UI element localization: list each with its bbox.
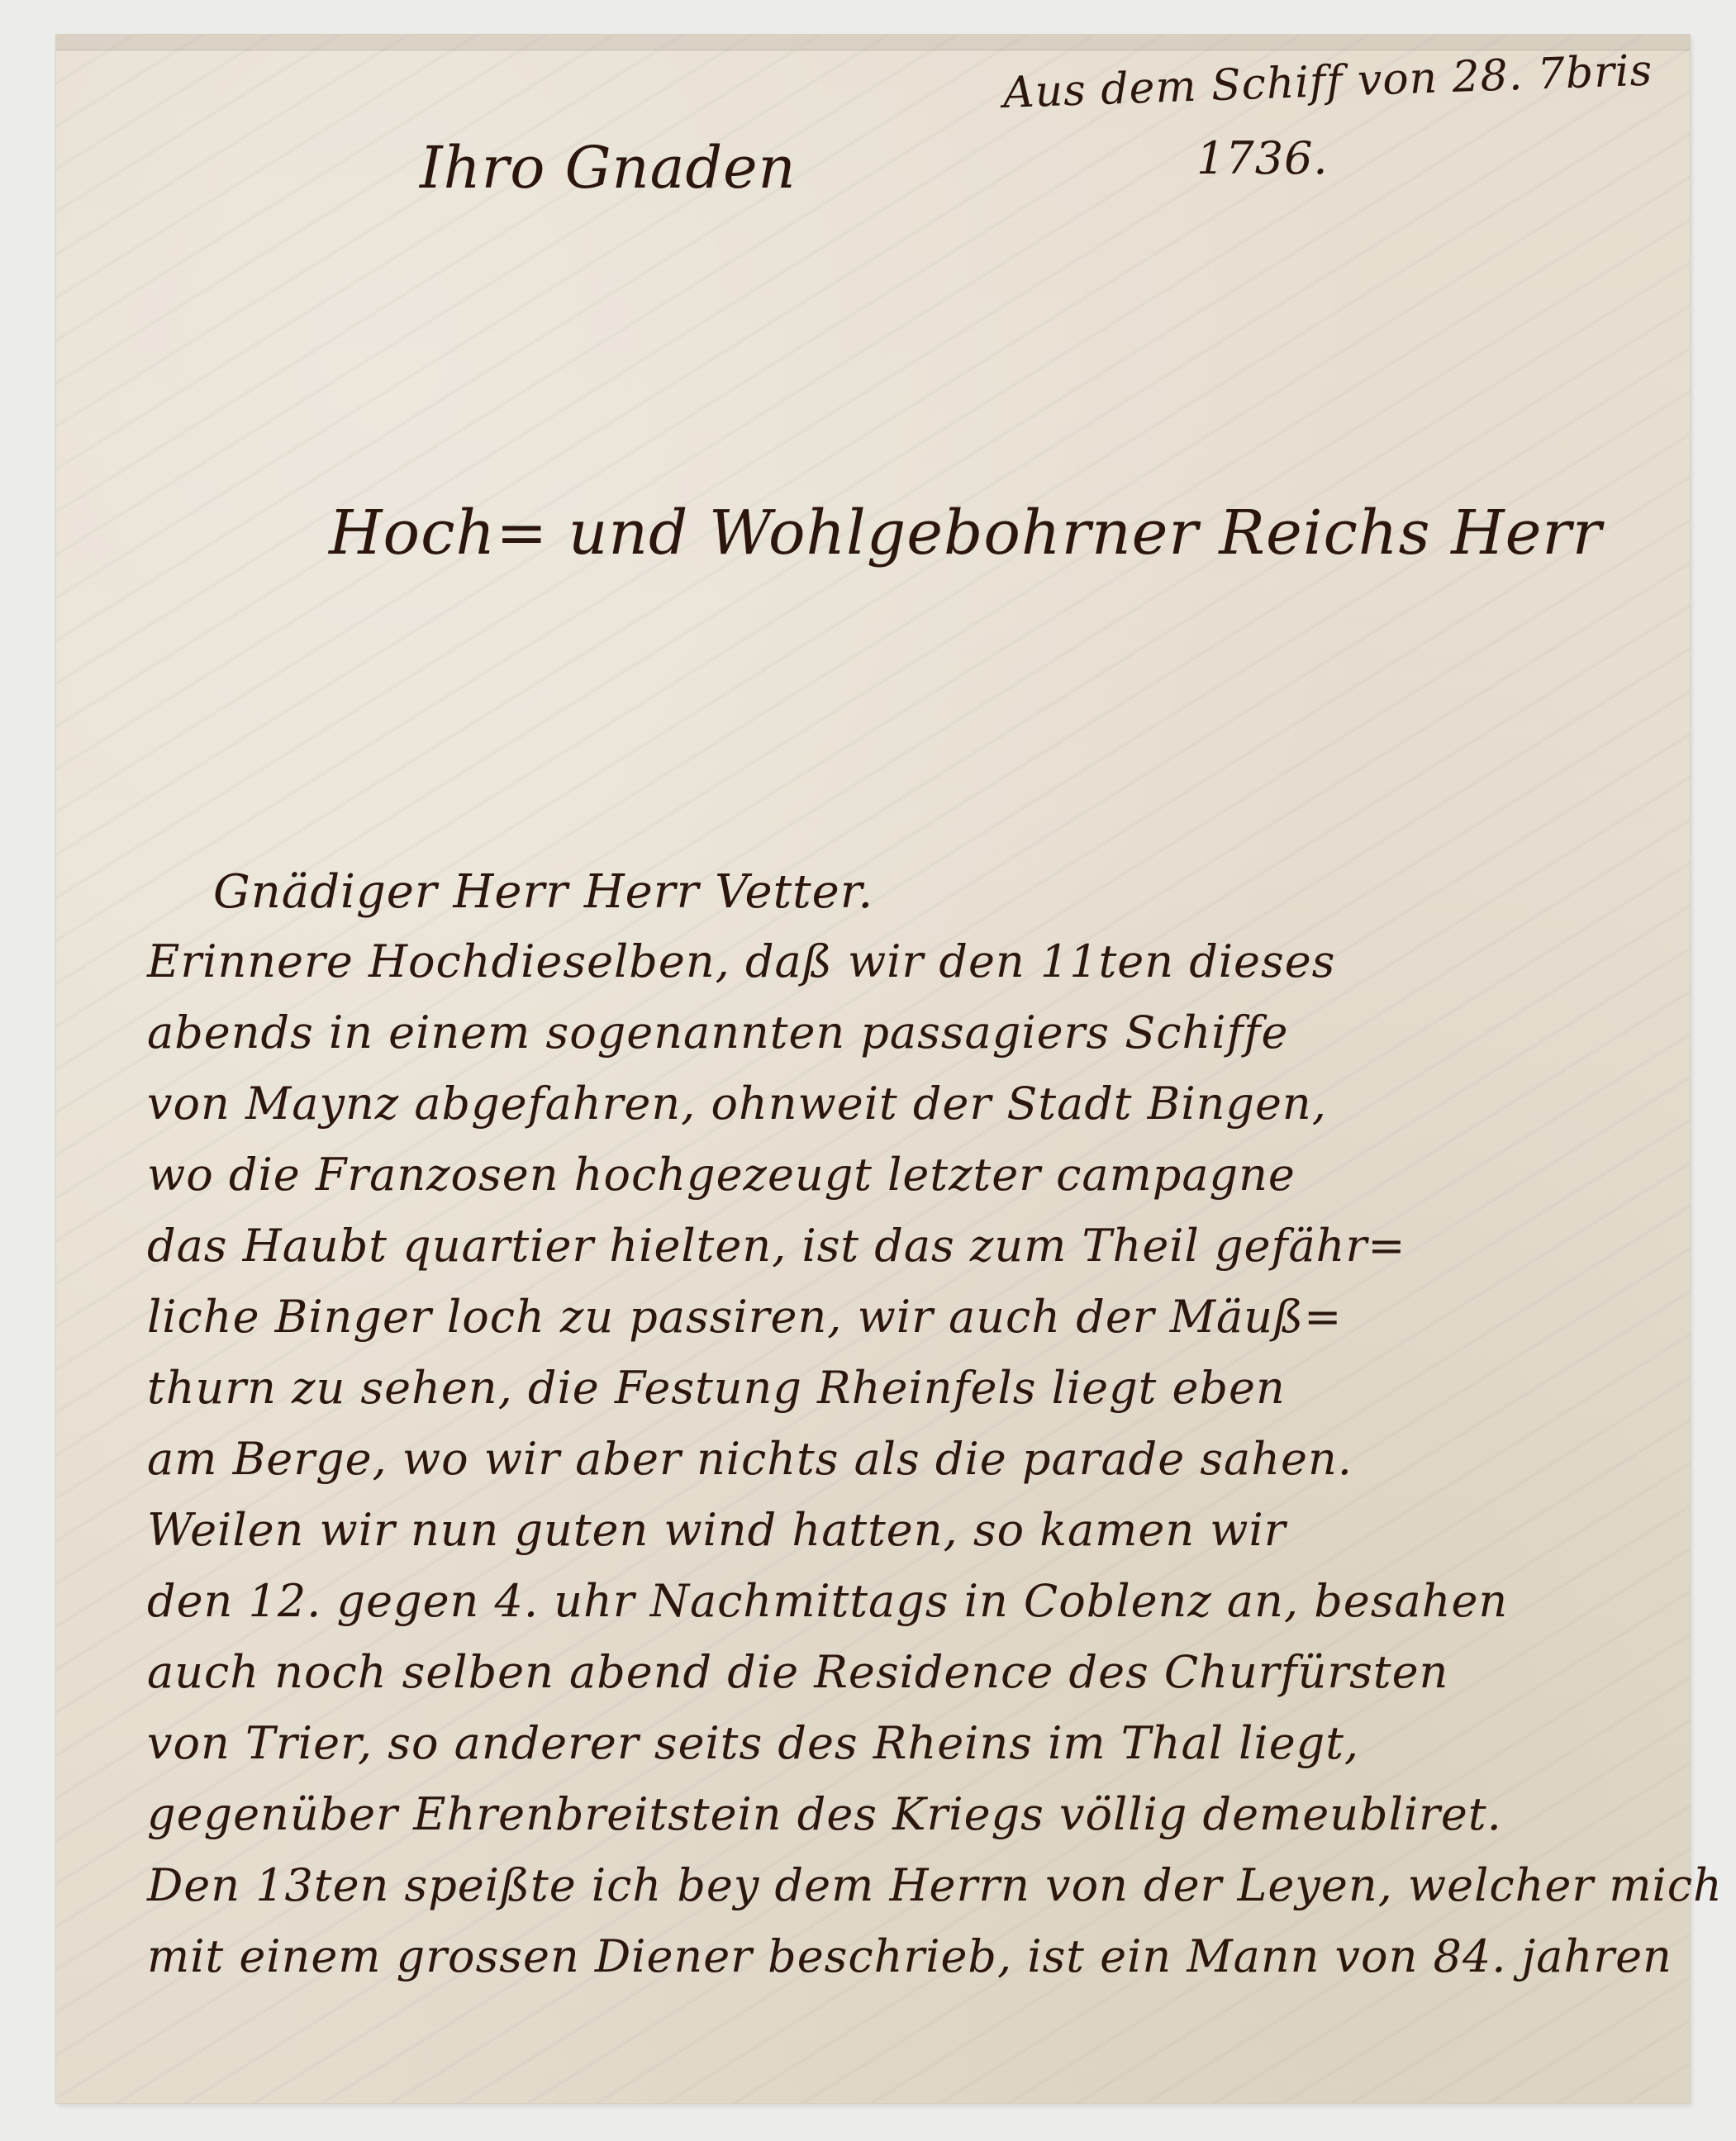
letter-page: Aus dem Schiff von 28. 7bris 1736. Ihro …: [56, 35, 1690, 2103]
body-line: Erinnere Hochdieselben, daß wir den 11te…: [147, 935, 1335, 987]
body-line: thurn zu sehen, die Festung Rheinfels li…: [147, 1362, 1286, 1414]
body-line: gegenüber Ehrenbreitstein des Kriegs völ…: [147, 1788, 1502, 1840]
paper-fold-band: [56, 35, 1690, 50]
letter-title: Ihro Gnaden: [420, 134, 797, 202]
body-line: liche Binger loch zu passiren, wir auch …: [147, 1291, 1342, 1343]
salutation: Gnädiger Herr Herr Vetter.: [213, 865, 873, 919]
body-line: das Haubt quartier hielten, ist das zum …: [147, 1220, 1406, 1272]
body-line: von Trier, so anderer seits des Rheins i…: [147, 1717, 1359, 1769]
body-line: abends in einem sogenannten passagiers S…: [147, 1006, 1288, 1059]
body-line: am Berge, wo wir aber nichts als die par…: [147, 1433, 1353, 1485]
body-line: von Maynz abgefahren, ohnweit der Stadt …: [147, 1078, 1327, 1130]
body-line: wo die Franzosen hochgezeugt letzter cam…: [147, 1149, 1296, 1201]
body-line: auch noch selben abend die Residence des…: [147, 1646, 1448, 1698]
place-date-line: Aus dem Schiff von 28. 7bris: [1002, 45, 1653, 120]
body-line: Den 13ten speißte ich bey dem Herrn von …: [147, 1859, 1723, 1911]
body-line: Weilen wir nun guten wind hatten, so kam…: [147, 1504, 1287, 1556]
address-line: Hoch= und Wohlgebohrner Reichs Herr: [329, 497, 1602, 569]
date-year: 1736.: [1196, 132, 1329, 184]
body-line: den 12. gegen 4. uhr Nachmittags in Cobl…: [147, 1575, 1508, 1627]
body-line: mit einem grossen Diener beschrieb, ist …: [147, 1930, 1672, 1982]
